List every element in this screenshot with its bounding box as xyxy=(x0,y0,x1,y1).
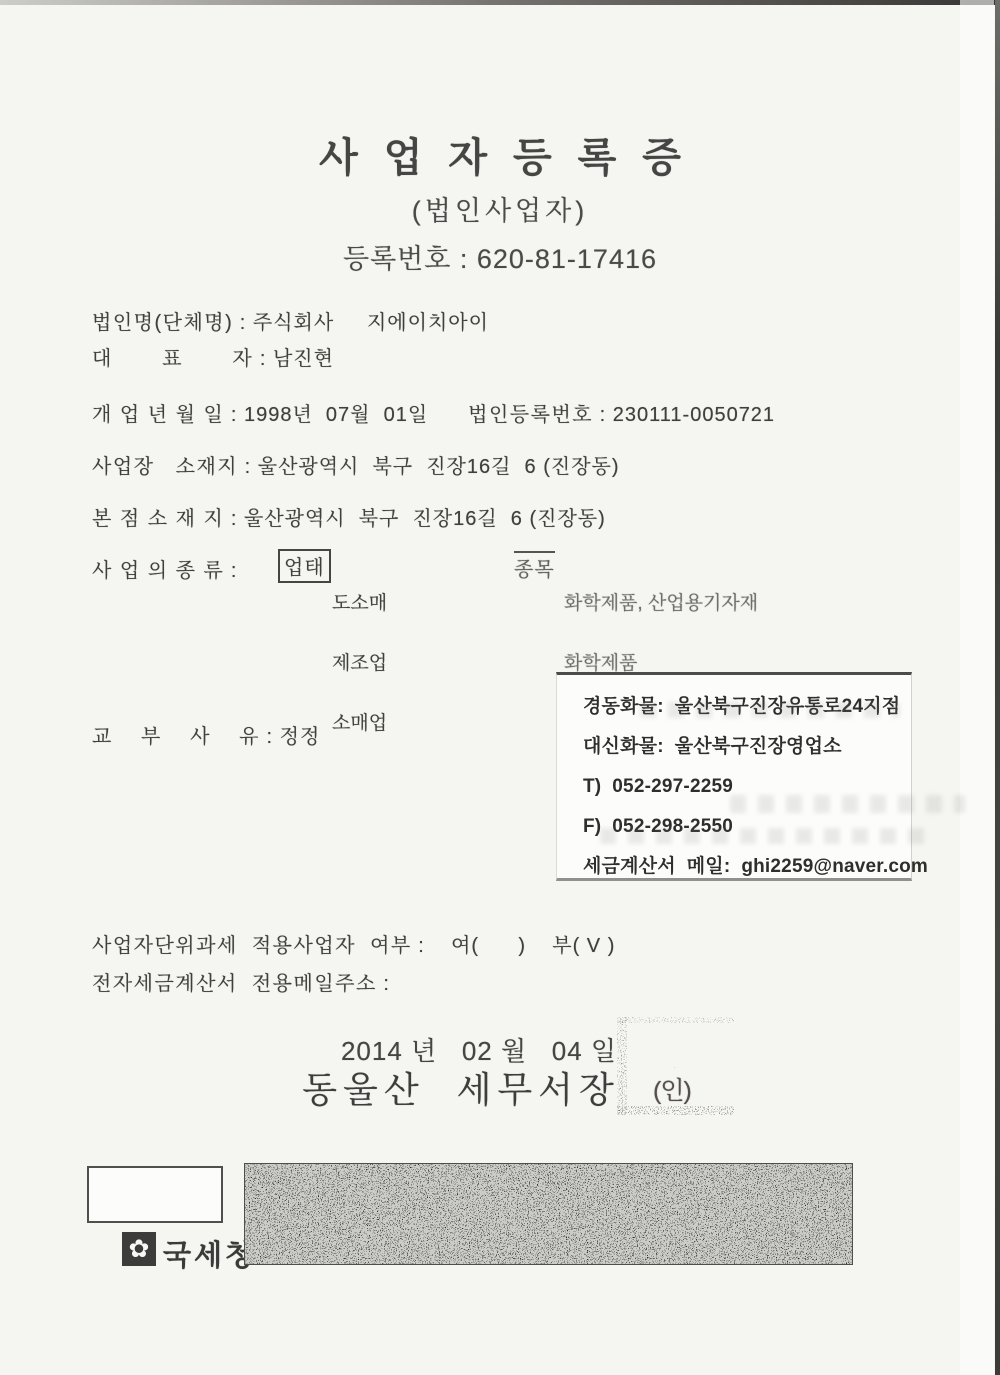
field-row-open-date: 개 업 년 월 일 : 1998년 07월 01일법인등록번호 : 230111… xyxy=(92,398,775,427)
field-colon: : xyxy=(260,726,280,748)
seal-in-mark: (인) xyxy=(653,1071,691,1107)
registration-number-value: 620-81-17416 xyxy=(477,244,657,274)
uptae-label: 업태 xyxy=(284,557,325,579)
field-value-hq-address: 울산광역시 북구 진장16길 6 (진장동) xyxy=(244,508,606,530)
jongmok-label: 종목 xyxy=(514,551,555,582)
certificate-page: 사업자등록증 (법인사업자) 등록번호 : 620-81-17416 법인명(단… xyxy=(0,0,1000,1375)
shipping-contact-sticker: 경동화물: 울산북구진장유통로24지점 대신화물: 울산북구진장영업소 T) 0… xyxy=(556,672,912,881)
field-label-business-address: 사업장 소재지 xyxy=(92,456,238,478)
field-row-hq-address: 본 점 소 재 지 : 울산광역시 북구 진장16길 6 (진장동) xyxy=(92,502,606,531)
field-value-open-date: 1998년 07월 01일 xyxy=(244,404,428,426)
scan-edge-top xyxy=(0,0,1000,5)
field-colon: : xyxy=(377,973,397,995)
plum-blossom-icon: ✿ xyxy=(129,1237,150,1262)
field-value-corp-name: 주식회사 지에이치아이 xyxy=(253,312,489,334)
field-value-corp-reg-no: 230111-0050721 xyxy=(613,404,775,426)
field-label-hq-address: 본 점 소 재 지 xyxy=(92,508,224,530)
field-row-corp-name: 법인명(단체명) : 주식회사 지에이치아이 xyxy=(92,306,489,335)
field-label-open-date: 개 업 년 월 일 xyxy=(92,404,224,426)
security-noise-band xyxy=(245,1164,852,1264)
sticker-line-daeshin: 대신화물: 울산북구진장영업소 xyxy=(583,727,911,767)
field-label-issue-reason: 교 부 사 유 xyxy=(92,726,260,748)
logo-speckles xyxy=(92,1228,122,1272)
field-colon: : xyxy=(224,404,244,426)
field-colon: : xyxy=(238,456,258,478)
sticker-line-tel: T) 052-297-2259 xyxy=(583,767,911,807)
uptae-box: 업태 xyxy=(278,549,331,583)
uptae-item-3: 소매업 xyxy=(332,714,387,734)
blank-stamp-box xyxy=(87,1166,223,1223)
sticker-line-tax-email: 세금계산서 메일: ghi2259@naver.com xyxy=(583,847,911,887)
field-row-business-address: 사업장 소재지 : 울산광역시 북구 진장16길 6 (진장동) xyxy=(92,450,620,479)
field-value-business-address: 울산광역시 북구 진장16길 6 (진장동) xyxy=(258,456,620,478)
registration-number-line: 등록번호 : 620-81-17416 xyxy=(0,237,1000,276)
field-value-representative: 남진현 xyxy=(273,348,334,370)
field-label-representative: 대 표 자 xyxy=(92,348,253,370)
field-colon: : xyxy=(412,935,451,957)
field-label-tax-unit: 사업자단위과세 적용사업자 여부 xyxy=(92,935,412,957)
uptae-item-2: 제조업 xyxy=(332,654,387,674)
nts-logo: ✿ xyxy=(122,1232,156,1266)
field-value-issue-reason: 정정 xyxy=(280,726,321,748)
jongmok-item-1: 화학제품, 산업용기자재 xyxy=(564,594,758,614)
official-seal: (인) xyxy=(617,1017,734,1115)
field-colon: : xyxy=(253,348,273,370)
colon: : xyxy=(451,244,477,274)
field-colon: : xyxy=(224,560,244,582)
doc-subtitle: (법인사업자) xyxy=(0,189,1000,228)
issuer-line: 동울산 세무서장 xyxy=(0,1062,922,1113)
nts-wordmark: 국세청 xyxy=(163,1233,256,1274)
field-label-business-type: 사 업 의 종 류 xyxy=(92,560,224,582)
field-label-corp-name: 법인명(단체명) xyxy=(92,312,233,334)
registration-number-label: 등록번호 xyxy=(343,244,451,274)
field-row-einvoice-email: 전자세금계산서 전용메일주소 : xyxy=(92,967,396,996)
uptae-item-1: 도소매 xyxy=(332,594,387,614)
field-colon: : xyxy=(233,312,253,334)
field-colon: : xyxy=(224,508,244,530)
field-row-tax-unit: 사업자단위과세 적용사업자 여부 : 여( ) 부( V ) xyxy=(92,929,615,958)
doc-title: 사업자등록증 xyxy=(0,126,1000,183)
field-value-tax-unit: 여( ) 부( V ) xyxy=(451,935,615,957)
field-colon: : xyxy=(593,404,613,426)
field-label-corp-reg-no: 법인등록번호 xyxy=(468,404,593,426)
sticker-line-fax: F) 052-298-2550 xyxy=(583,807,911,847)
uptae-list: 도소매 제조업 소매업 xyxy=(332,554,387,774)
field-label-einvoice-email: 전자세금계산서 전용메일주소 xyxy=(92,973,377,995)
field-row-issue-reason: 교 부 사 유 : 정정 xyxy=(92,720,320,749)
sticker-line-kyungdong: 경동화물: 울산북구진장유통로24지점 xyxy=(583,687,911,727)
field-row-business-type: 사 업 의 종 류 : xyxy=(92,554,244,583)
field-row-representative: 대 표 자 : 남진현 xyxy=(92,342,334,371)
jongmok-item-2: 화학제품 xyxy=(564,654,758,674)
